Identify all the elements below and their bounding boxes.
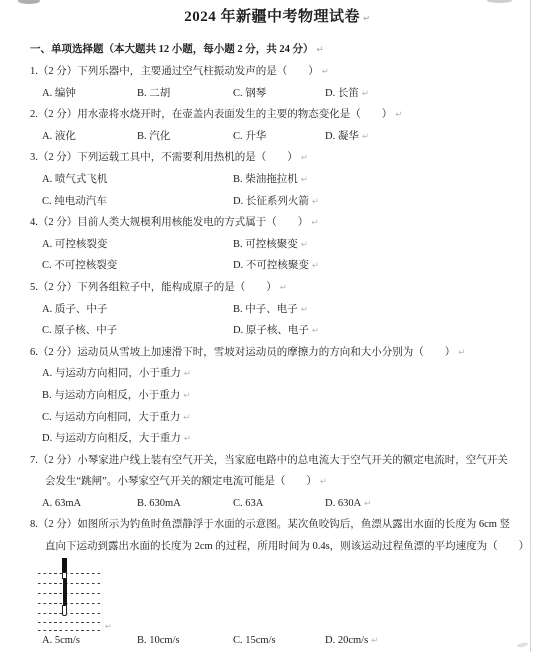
option-a: A. 液化 — [42, 126, 137, 148]
question-4-options-cd: C. 不可控核裂变 D. 不可控核聚变 — [30, 255, 525, 277]
question-3-options-cd: C. 纯电动汽车 D. 长征系列火箭 — [30, 191, 525, 213]
water-surface-dashed-line — [38, 622, 100, 623]
water-surface-dashed-line — [38, 583, 100, 584]
option-a: A. 编钟 — [42, 83, 137, 105]
option-b: B. 中子、电子 — [233, 299, 308, 321]
option-d: D. 长征系列火箭 — [233, 191, 319, 213]
option-c: C. 63A — [233, 493, 325, 515]
option-b: B. 与运动方向相反，小于重力 — [42, 385, 190, 407]
option-c: C. 原子核、中子 — [42, 320, 233, 342]
question-6-option-c: C. 与运动方向相同，大于重力 — [30, 407, 525, 429]
fish-float-top-segment — [62, 558, 67, 572]
option-c: C. 钢琴 — [233, 83, 325, 105]
fish-float-body-segment — [63, 579, 67, 605]
fish-float-diagram: ↵ — [38, 558, 102, 632]
option-d: D. 不可控核聚变 — [233, 255, 319, 277]
question-7-options: A. 63mA B. 630mA C. 63A D. 630A — [30, 493, 525, 515]
water-surface-dashed-line — [38, 603, 100, 604]
option-a: A. 喷气式飞机 — [42, 169, 233, 191]
section-header: 一、单项选择题（本大题共 12 小题，每小题 2 分，共 24 分） — [30, 39, 525, 61]
option-d: D. 凝华 — [325, 126, 369, 148]
option-a: A. 可控核裂变 — [42, 234, 233, 256]
question-1-options: A. 编钟 B. 二胡 C. 钢琴 D. 长笛 — [30, 83, 525, 105]
option-c: C. 不可控核裂变 — [42, 255, 233, 277]
water-surface-dashed-line — [38, 613, 100, 614]
exam-paper-page: 2024 年新疆中考物理试卷 一、单项选择题（本大题共 12 小题，每小题 2 … — [0, 0, 533, 652]
option-c: C. 纯电动汽车 — [42, 191, 233, 213]
option-b: B. 可控核聚变 — [233, 234, 308, 256]
option-b: B. 二胡 — [137, 83, 233, 105]
question-6-option-a: A. 与运动方向相同，小于重力 — [30, 363, 525, 385]
option-d: D. 与运动方向相反，大于重力 — [42, 428, 191, 450]
question-5-options-cd: C. 原子核、中子 D. 原子核、电子 — [30, 320, 525, 342]
fish-float-white-band — [62, 572, 67, 579]
question-7-text-line1: 7.（2 分）小琴家进户线上装有空气开关，当家庭电路中的总电流大于空气开关的额定… — [30, 450, 525, 472]
water-surface-dashed-line — [38, 573, 100, 574]
option-a: A. 5cm/s — [42, 633, 137, 648]
option-b: B. 630mA — [137, 493, 233, 515]
scan-edge-line — [530, 0, 531, 652]
fish-float-bottom-tip — [62, 605, 67, 616]
option-c: C. 升华 — [233, 126, 325, 148]
question-5-options-ab: A. 质子、中子 B. 中子、电子 — [30, 299, 525, 321]
question-6-option-d: D. 与运动方向相反，大于重力 — [30, 428, 525, 450]
question-5-text: 5.（2 分）下列各组粒子中，能构成原子的是（ ） — [30, 277, 525, 299]
question-4-text: 4.（2 分）目前人类大规模利用核能发电的方式属于（ ） — [30, 212, 525, 234]
water-surface-dashed-line — [38, 630, 100, 631]
question-7-text-line2: 会发生“跳闸”。小琴家空气开关的额定电流可能是（ ） — [30, 471, 525, 493]
option-a: A. 质子、中子 — [42, 299, 233, 321]
question-8-text-line1: 8.（2 分）如图所示为钓鱼时鱼漂静浮于水面的示意图。某次鱼咬钩后，鱼漂从露出水… — [30, 514, 525, 536]
option-d: D. 原子核、电子 — [233, 320, 319, 342]
question-6-text: 6.（2 分）运动员从雪坡上加速滑下时，雪坡对运动员的摩擦力的方向和大小分别为（… — [30, 342, 525, 364]
option-b: B. 汽化 — [137, 126, 233, 148]
question-2-options: A. 液化 B. 汽化 C. 升华 D. 凝华 — [30, 126, 525, 148]
option-b: B. 柴油拖拉机 — [233, 169, 308, 191]
question-8-options: A. 5cm/s B. 10cm/s C. 15cm/s D. 20cm/s — [30, 633, 525, 648]
question-3-options-ab: A. 喷气式飞机 B. 柴油拖拉机 — [30, 169, 525, 191]
option-c: C. 15cm/s — [233, 633, 325, 648]
page-title: 2024 年新疆中考物理试卷 — [30, 6, 525, 31]
question-4-options-ab: A. 可控核裂变 B. 可控核聚变 — [30, 234, 525, 256]
option-d: D. 20cm/s — [325, 633, 378, 648]
option-d: D. 630A — [325, 493, 371, 515]
option-c: C. 与运动方向相同，大于重力 — [42, 407, 190, 429]
water-surface-dashed-line — [38, 593, 100, 594]
question-2-text: 2.（2 分）用水壶将水烧开时，在壶盖内表面发生的主要的物态变化是（ ） — [30, 104, 525, 126]
question-8-text-line2: 直向下运动到露出水面的长度为 2cm 的过程，所用时间为 0.4s，则该运动过程… — [30, 536, 525, 558]
option-b: B. 10cm/s — [137, 633, 233, 648]
question-6-option-b: B. 与运动方向相反，小于重力 — [30, 385, 525, 407]
paragraph-mark: ↵ — [105, 622, 112, 632]
option-d: D. 长笛 — [325, 83, 369, 105]
option-a: A. 63mA — [42, 493, 137, 515]
option-a: A. 与运动方向相同，小于重力 — [42, 363, 191, 385]
question-3-text: 3.（2 分）下列运载工具中，不需要利用热机的是（ ） — [30, 147, 525, 169]
question-1-text: 1.（2 分）下列乐器中，主要通过空气柱振动发声的是（ ） — [30, 61, 525, 83]
